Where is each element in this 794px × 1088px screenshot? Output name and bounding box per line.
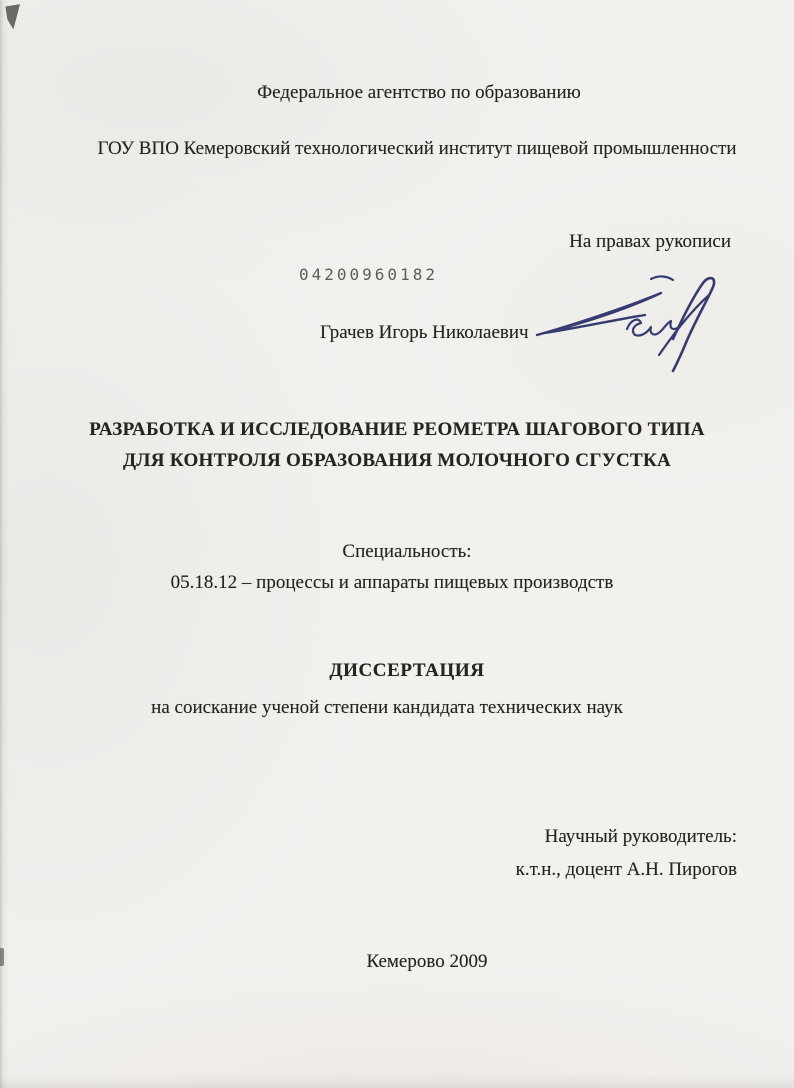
agency-line: Федеральное агентство по образованию: [22, 82, 794, 104]
dissertation-title: РАЗРАБОТКА И ИССЛЕДОВАНИЕ РЕОМЕТРА ШАГОВ…: [0, 414, 794, 476]
document-type: ДИССЕРТАЦИЯ: [10, 660, 794, 682]
scan-edge-artifact: [0, 948, 4, 966]
manuscript-note: На правах рукописи: [0, 231, 794, 253]
advisor-block: Научный руководитель: к.т.н., доцент А.Н…: [0, 820, 794, 886]
footer-city-year: Кемерово 2009: [30, 951, 794, 973]
scan-corner-artifact: [5, 4, 24, 30]
author-name: Грачев Игорь Николаевич: [320, 322, 529, 344]
dissertation-title-line1: РАЗРАБОТКА И ИССЛЕДОВАНИЕ РЕОМЕТРА ШАГОВ…: [0, 414, 794, 445]
specialty-label: Специальность:: [10, 541, 794, 563]
advisor-name: к.т.н., доцент А.Н. Пирогов: [0, 853, 737, 886]
registration-number: 04200960182: [299, 265, 438, 284]
degree-line: на соискание ученой степени кандидата те…: [0, 697, 784, 719]
scanned-title-page: Федеральное агентство по образованию ГОУ…: [0, 0, 794, 1088]
author-signature-icon: [531, 268, 731, 382]
specialty-value: 05.18.12 – процессы и аппараты пищевых п…: [0, 572, 789, 594]
dissertation-title-line2: ДЛЯ КОНТРОЛЯ ОБРАЗОВАНИЯ МОЛОЧНОГО СГУСТ…: [0, 445, 794, 476]
institution-line: ГОУ ВПО Кемеровский технологический инст…: [20, 138, 794, 160]
advisor-label: Научный руководитель:: [0, 820, 737, 853]
